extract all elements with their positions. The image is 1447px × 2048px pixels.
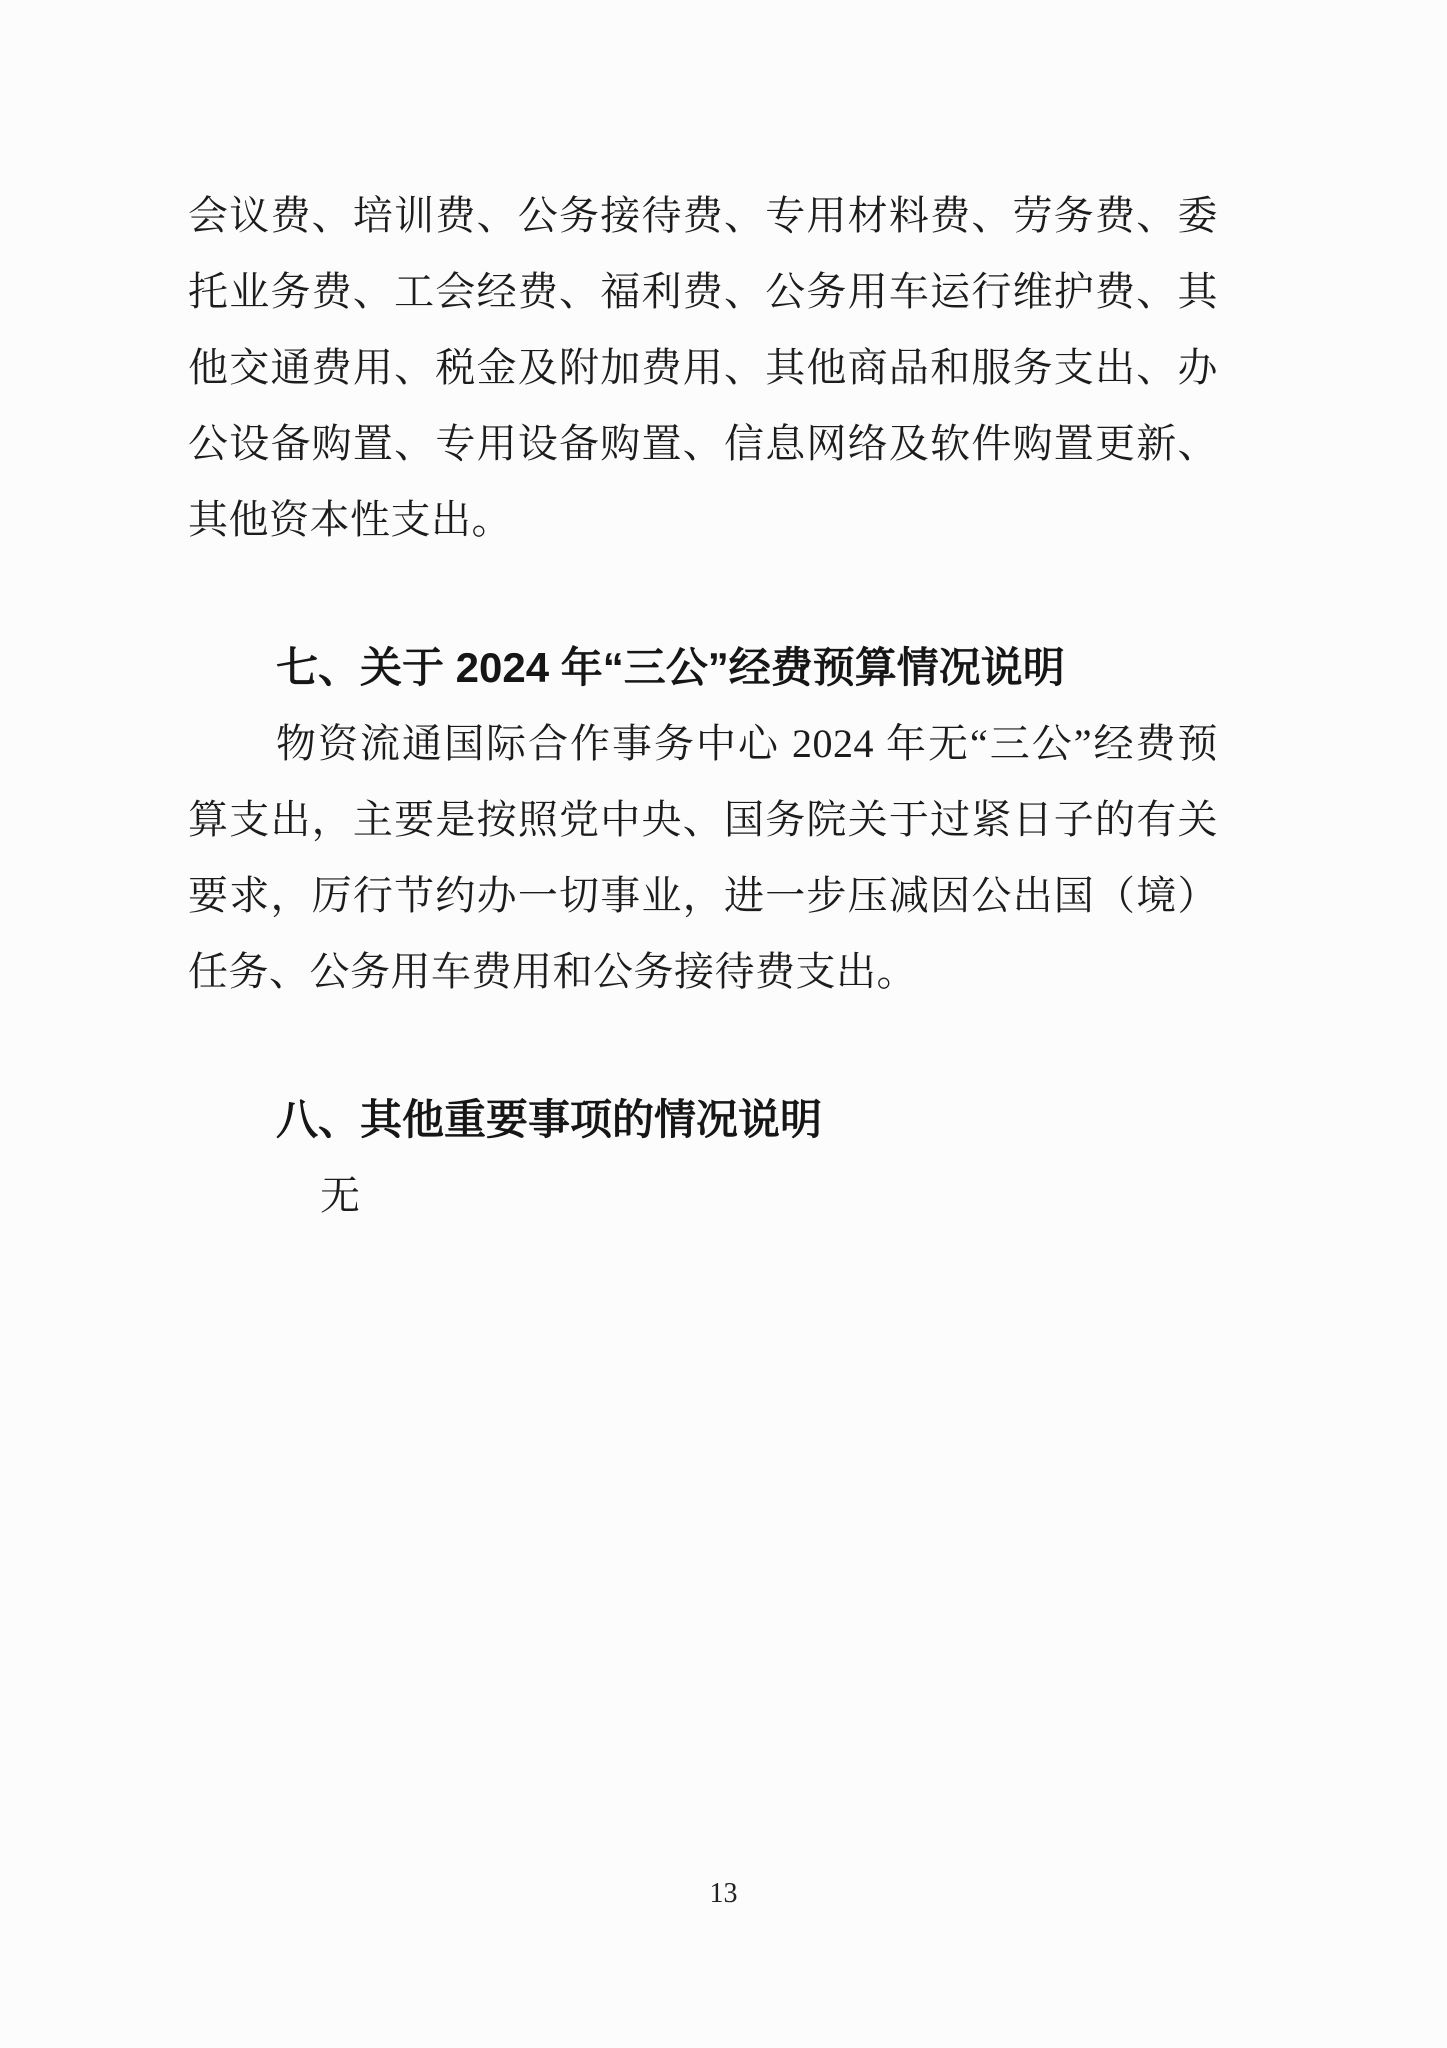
- paragraph-expense-items-continuation: 会议费、培训费、公务接待费、专用材料费、劳务费、委托业务费、工会经费、福利费、公…: [188, 178, 1218, 558]
- page-number: 13: [0, 1878, 1447, 1910]
- section-heading-eight-other-important-matters: 八、其他重要事项的情况说明: [188, 1082, 1218, 1158]
- paragraph-none: 无: [188, 1158, 1218, 1234]
- document-page: 会议费、培训费、公务接待费、专用材料费、劳务费、委托业务费、工会经费、福利费、公…: [0, 0, 1447, 2048]
- document-body: 会议费、培训费、公务接待费、专用材料费、劳务费、委托业务费、工会经费、福利费、公…: [188, 178, 1218, 1234]
- paragraph-sangong-budget-explanation: 物资流通国际合作事务中心 2024 年无“三公”经费预算支出，主要是按照党中央、…: [188, 706, 1218, 1010]
- section-heading-seven-sangong-budget: 七、关于 2024 年“三公”经费预算情况说明: [188, 630, 1218, 706]
